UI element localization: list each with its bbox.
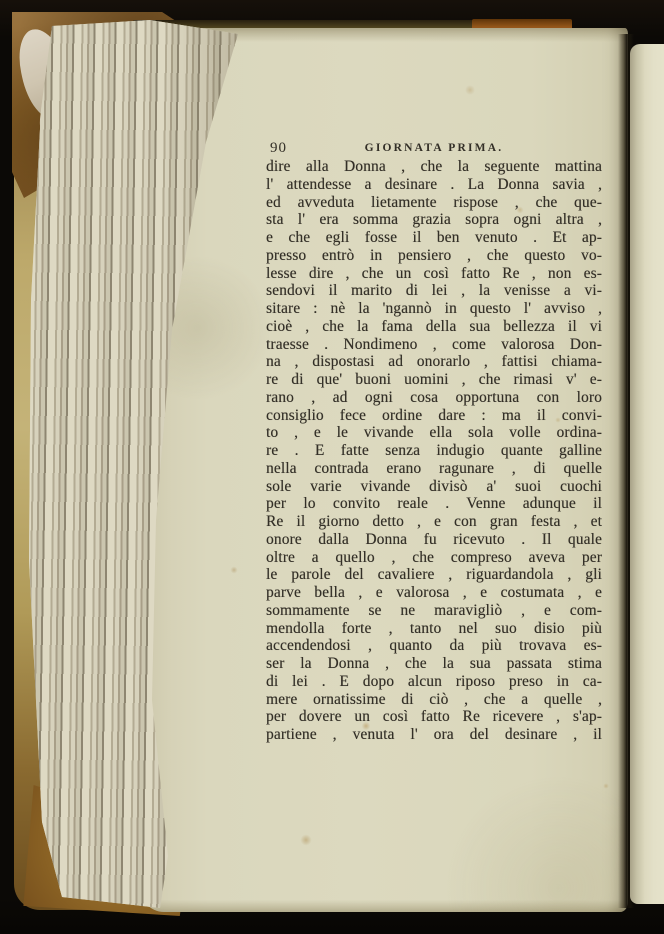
text-line: per lo convito reale . Venne adunque il [266, 495, 602, 513]
text-line: cioè , che la fama della sua bellezza il… [266, 318, 602, 336]
text-line: ser la Donna , che la sua passata stima [266, 655, 602, 673]
text-line: per dovere un così fatto Re ricevere , s… [266, 708, 602, 726]
photo-stage: 90 GIORNATA PRIMA. dire alla Donna , che… [0, 0, 664, 934]
text-line: mendolla forte , tanto nel suo disio più [266, 620, 602, 638]
text-line: mere ornatissime di ciò , che a quelle , [266, 691, 602, 709]
text-line: parve bella , e valorosa , e costumata ,… [266, 584, 602, 602]
text-line: l' attendesse a desinare . La Donna savi… [266, 176, 602, 194]
text-line: Re il giorno detto , e con gran festa , … [266, 513, 602, 531]
text-line: consiglio fece ordine dare : ma il convi… [266, 407, 602, 425]
text-line: sitare : nè la 'ngannò in questo l' avvi… [266, 300, 602, 318]
text-line: oltre a quello , che compreso aveva per [266, 549, 602, 567]
text-line: le parole del cavaliere , riguardandola … [266, 566, 602, 584]
text-line: nella contrada erano ragunare , di quell… [266, 460, 602, 478]
text-line: sendovi il marito di lei , la venisse a … [266, 282, 602, 300]
text-line: onore dalla Donna fu ricevuto . Il quale [266, 531, 602, 549]
facing-page [630, 44, 664, 904]
text-line: sta l' era somma grazia sopra ogni altra… [266, 211, 602, 229]
text-line: dire alla Donna , che la seguente mattin… [266, 158, 602, 176]
text-line: rano , ad ogni cosa opportuna con loro [266, 389, 602, 407]
text-line: di lei . E dopo alcun riposo preso in ca… [266, 673, 602, 691]
text-line: sole varie vivande divisò a' suoi cuochi [266, 478, 602, 496]
text-line: traesse . Nondimeno , come valorosa Don- [266, 336, 602, 354]
text-line: to , e le vivande ella sola volle ordina… [266, 424, 602, 442]
text-line: lesse dire , che un così fatto Re , non … [266, 265, 602, 283]
text-line: presso entrò in pensiero , che questo vo… [266, 247, 602, 265]
text-line: ed avveduta lietamente rispose , che que… [266, 194, 602, 212]
text-line: re . E fatte senza indugio quante gallin… [266, 442, 602, 460]
text-line: accendendosi , quanto da più trovava es- [266, 637, 602, 655]
text-line: re di que' buoni uomini , che rimasi v' … [266, 371, 602, 389]
page-header: 90 GIORNATA PRIMA. [266, 139, 602, 158]
text-line: na , dispostasi ad onorarlo , fattisi ch… [266, 353, 602, 371]
text-line: sommamente se ne maravigliò , e com- [266, 602, 602, 620]
body-text: dire alla Donna , che la seguente mattin… [266, 158, 602, 744]
text-line: partiene , venuta l' ora del desinare , … [266, 726, 602, 744]
text-line: e che egli fosse il ben venuto . Et ap- [266, 229, 602, 247]
text-block: 90 GIORNATA PRIMA. dire alla Donna , che… [266, 139, 602, 749]
running-header: GIORNATA PRIMA. [266, 142, 602, 154]
